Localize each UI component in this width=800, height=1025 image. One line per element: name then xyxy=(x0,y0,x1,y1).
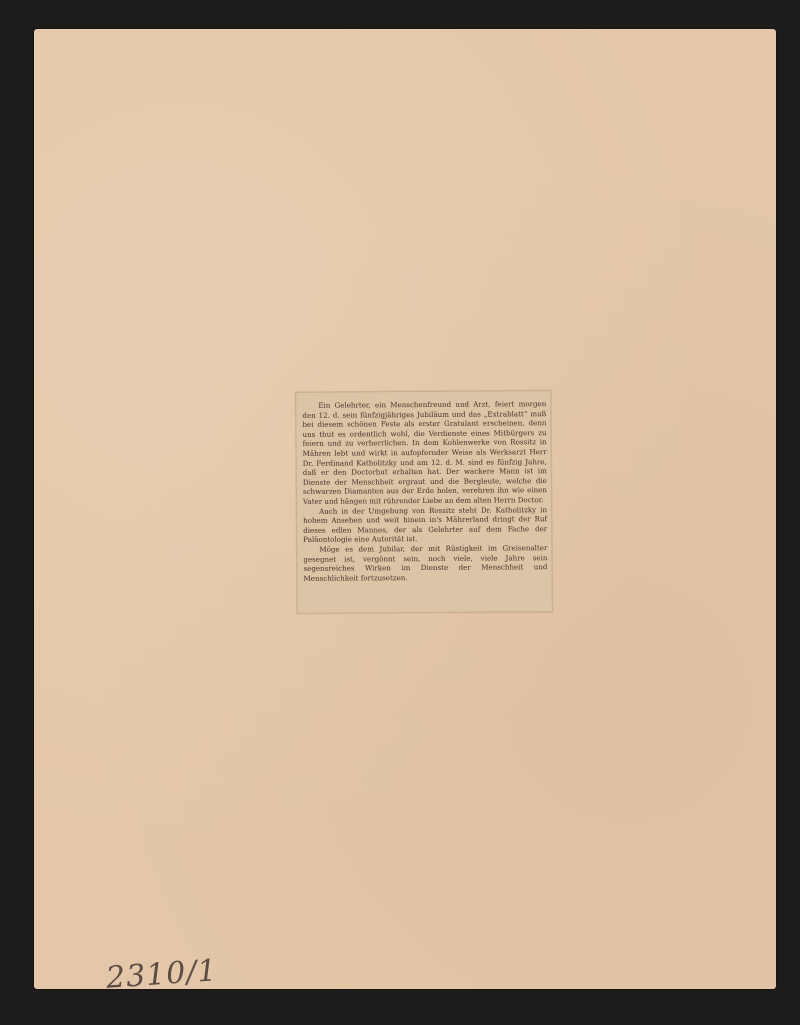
clipping-paragraph-1: Ein Gelehrter, ein Menschenfreund und Ar… xyxy=(302,399,547,506)
handwritten-archive-number: 2310/1 xyxy=(105,953,219,996)
clipping-paragraph-3: Möge es dem Jubilar, der mit Rüstigkeit … xyxy=(303,543,547,583)
newspaper-clipping: Ein Gelehrter, ein Menschenfreund und Ar… xyxy=(295,390,553,614)
clipping-paragraph-2: Auch in der Umgebung von Rossitz steht D… xyxy=(303,505,547,545)
mount-page: Ein Gelehrter, ein Menschenfreund und Ar… xyxy=(34,29,776,989)
